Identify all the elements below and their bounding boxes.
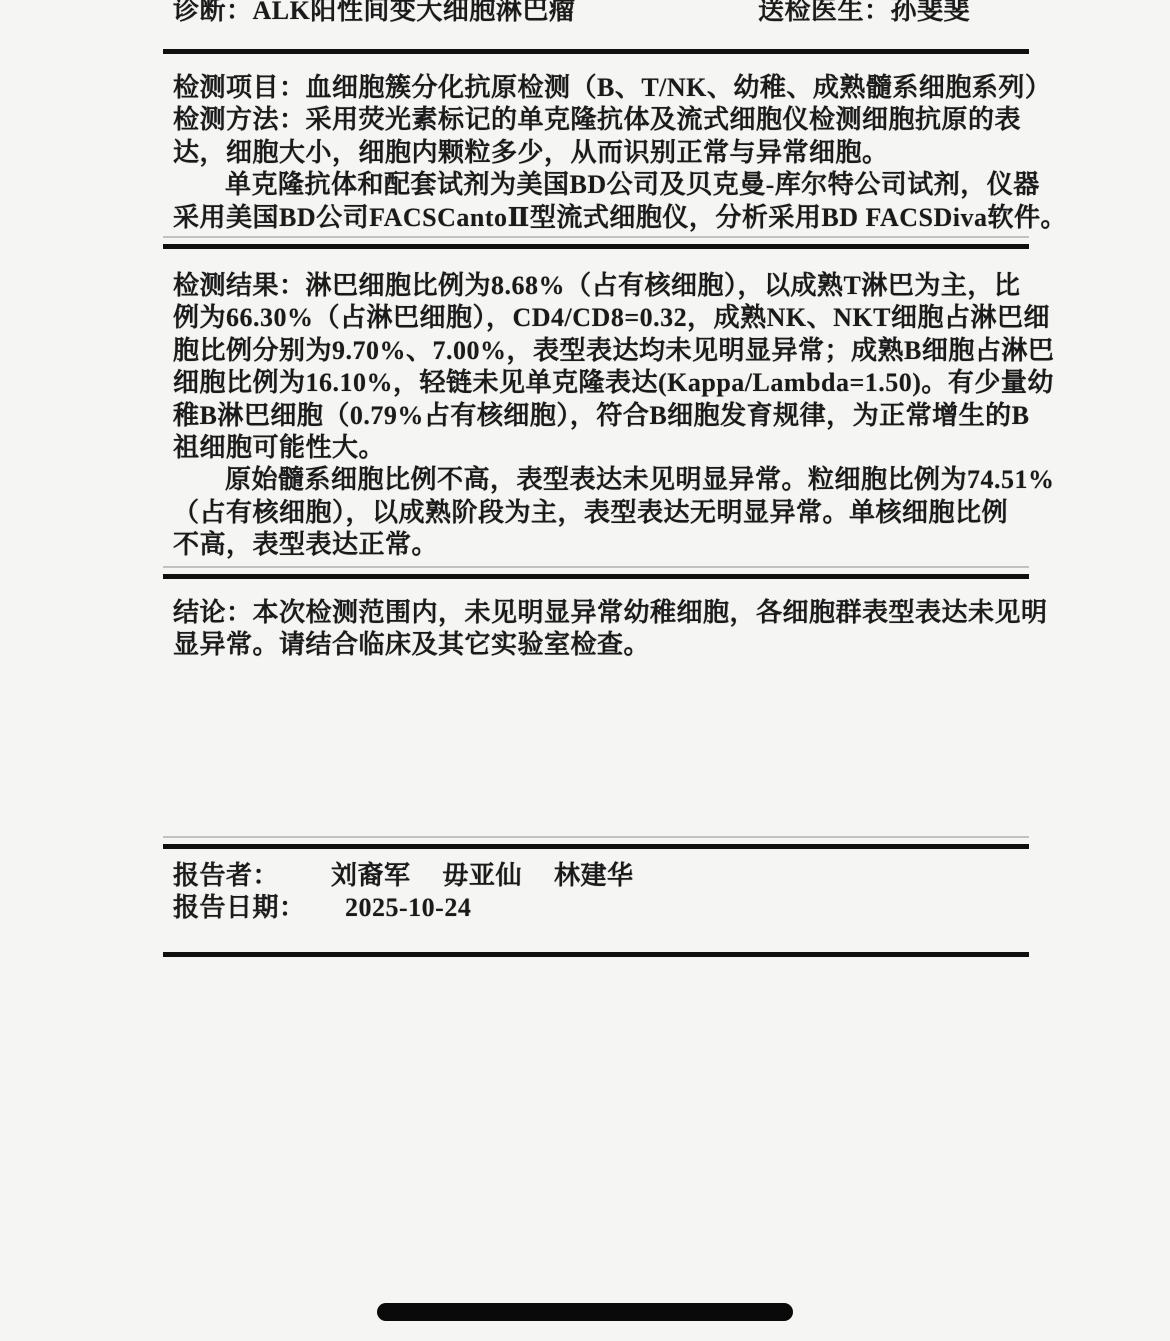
divider-2 [163,244,1029,249]
text-line: 不高，表型表达正常。 [173,529,1029,561]
section-items-method: 检测项目：血细胞簇分化抗原检测（B、T/NK、幼稚、成熟髓系细胞系列） 检测方法… [173,72,1029,234]
text-line: 显异常。请结合临床及其它实验室检查。 [173,629,1029,661]
text-line: 达，细胞大小，细胞内颗粒多少，从而识别正常与异常细胞。 [173,137,1029,169]
diagnosis-value: ALK阳性间变大细胞淋巴瘤 [253,0,576,25]
text-line: 采用美国BD公司FACSCantoⅡ型流式细胞仪，分析采用BD FACSDiva… [173,202,1029,234]
section-results: 检测结果：淋巴细胞比例为8.68%（占有核细胞），以成熟T淋巴为主，比 例为66… [173,270,1029,562]
report-page: 诊断：ALK阳性间变大细胞淋巴瘤 送检医生：孙斐斐 检测项目：血细胞簇分化抗原检… [0,0,1170,1341]
text-line: （占有核细胞），以成熟阶段为主，表型表达无明显异常。单核细胞比例 [173,497,1029,529]
diagnosis-line: 诊断：ALK阳性间变大细胞淋巴瘤 [173,0,575,27]
referring-doctor-line: 送检医生：孙斐斐 [758,0,970,27]
doctor-value: 孙斐斐 [891,0,971,25]
section-conclusion: 结论：本次检测范围内，未见明显异常幼稚细胞，各细胞群表型表达未见明 显异常。请结… [173,597,1029,662]
diagnosis-label: 诊断： [173,0,253,25]
text-line: 胞比例分别为9.70%、7.00%，表型表达均未见明显异常；成熟B细胞占淋巴 [173,335,1029,367]
text-line: 单克隆抗体和配套试剂为美国BD公司及贝克曼-库尔特公司试剂，仪器 [173,169,1029,201]
divider-5 [163,952,1029,957]
home-indicator-bar[interactable] [377,1303,793,1321]
reporter-name: 毋亚仙 [443,860,523,892]
text-line: 稚B淋巴细胞（0.79%占有核细胞），符合B细胞发育规律，为正常增生的B [173,400,1029,432]
divider-3 [163,574,1029,579]
reporter-line: 报告者： 刘裔军 毋亚仙 林建华 [173,860,1029,892]
text-line: 祖细胞可能性大。 [173,432,1029,464]
reporter-name: 刘裔军 [331,860,411,892]
text-line: 例为66.30%（占淋巴细胞），CD4/CD8=0.32，成熟NK、NKT细胞占… [173,302,1029,334]
divider-4-thin [163,836,1029,838]
reporter-label: 报告者： [173,860,331,892]
report-date-value: 2025-10-24 [345,892,471,924]
divider-3-thin [163,566,1029,568]
divider-2-thin [163,236,1029,238]
divider-1 [163,49,1029,54]
text-line: 检测项目：血细胞簇分化抗原检测（B、T/NK、幼稚、成熟髓系细胞系列） [173,72,1029,104]
reporter-name: 林建华 [554,860,634,892]
text-line: 结论：本次检测范围内，未见明显异常幼稚细胞，各细胞群表型表达未见明 [173,597,1029,629]
text-line: 检测结果：淋巴细胞比例为8.68%（占有核细胞），以成熟T淋巴为主，比 [173,270,1029,302]
report-date-line: 报告日期： 2025-10-24 [173,892,1029,924]
report-date-label: 报告日期： [173,892,345,924]
divider-4 [163,844,1029,849]
doctor-label: 送检医生： [758,0,891,25]
text-line: 检测方法：采用荧光素标记的单克隆抗体及流式细胞仪检测细胞抗原的表 [173,104,1029,136]
text-line: 细胞比例为16.10%，轻链未见单克隆表达(Kappa/Lambda=1.50)… [173,367,1029,399]
text-line: 原始髓系细胞比例不高，表型表达未见明显异常。粒细胞比例为74.51% [173,464,1029,496]
